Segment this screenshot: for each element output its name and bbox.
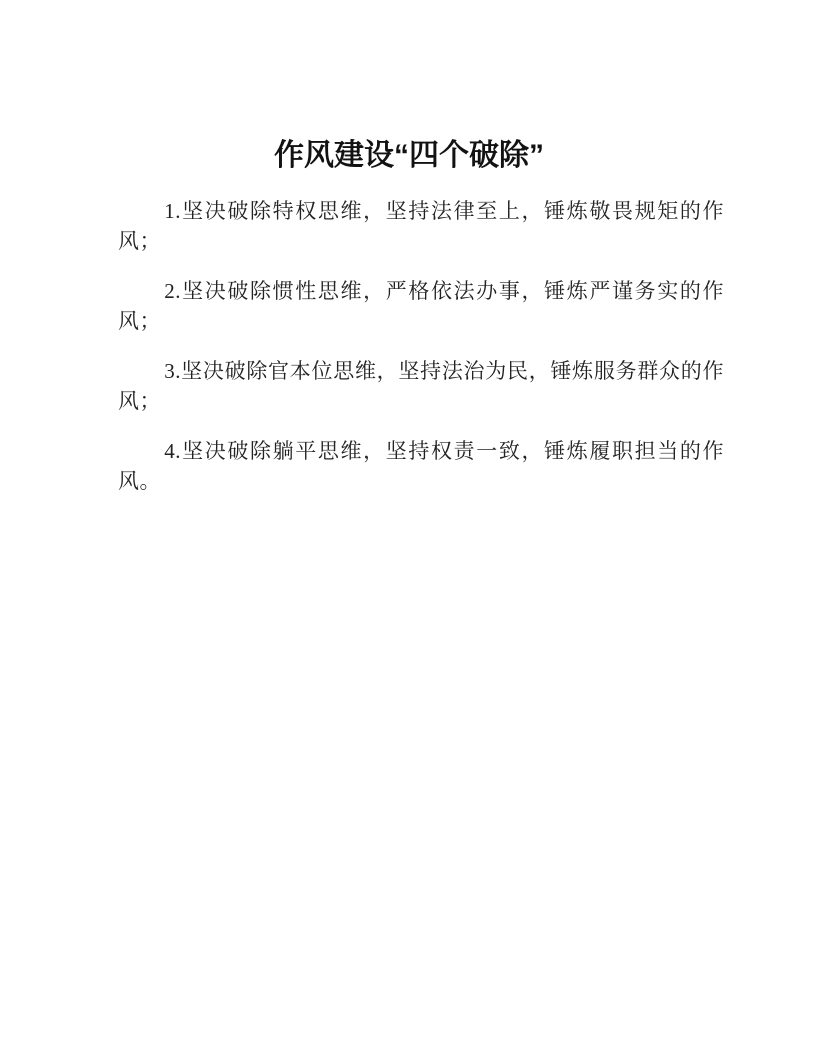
document-page: 作风建设“四个破除” 1.坚决破除特权思维，坚持法律至上，锤炼敬畏规矩的作风； … (0, 0, 816, 1056)
page-title: 作风建设“四个破除” (106, 136, 712, 176)
paragraph-1: 1.坚决破除特权思维，坚持法律至上，锤炼敬畏规矩的作风； (118, 196, 724, 256)
paragraph-4: 4.坚决破除躺平思维，坚持权责一致，锤炼履职担当的作风。 (118, 436, 724, 496)
paragraph-3: 3.坚决破除官本位思维，坚持法治为民，锤炼服务群众的作风； (118, 356, 724, 416)
paragraph-2: 2.坚决破除惯性思维，严格依法办事，锤炼严谨务实的作风； (118, 276, 724, 336)
document-body: 1.坚决破除特权思维，坚持法律至上，锤炼敬畏规矩的作风； 2.坚决破除惯性思维，… (118, 196, 724, 496)
